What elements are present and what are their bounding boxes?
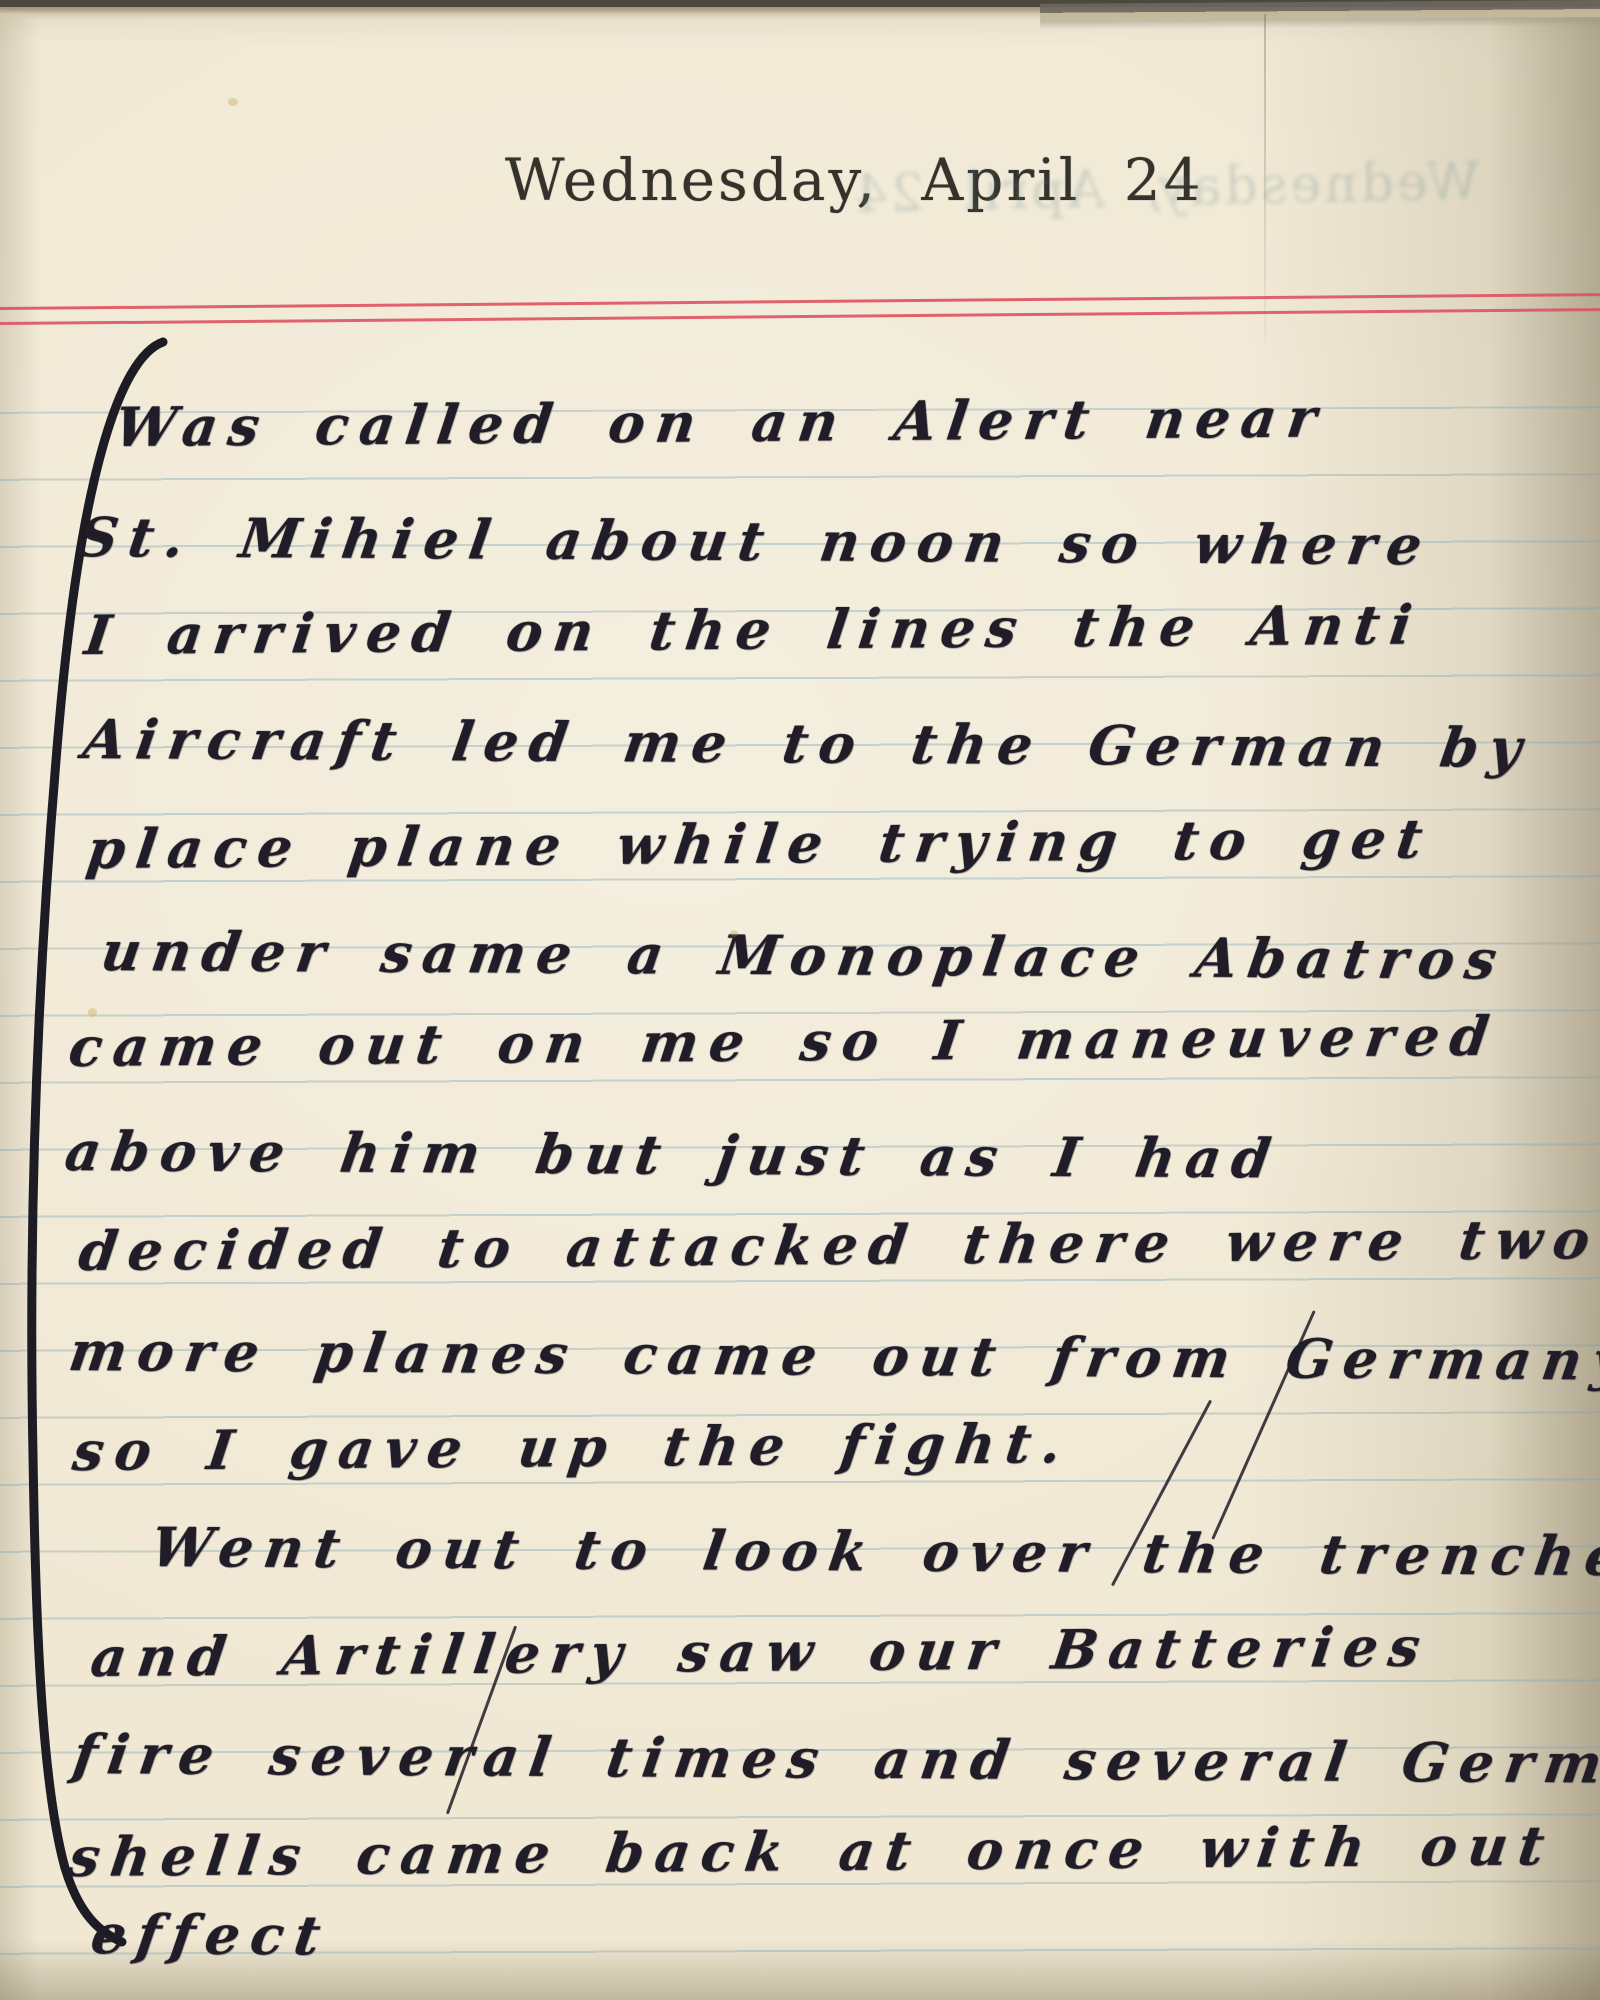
handwritten-line-11: so I gave up the fight.	[70, 1416, 1075, 1478]
paper-stain	[228, 98, 238, 106]
handwritten-line-8: above him but just as I had	[62, 1124, 1285, 1185]
paper-stain	[730, 930, 738, 937]
handwritten-line-15: shells came back at once with out	[66, 1818, 1558, 1884]
handwritten-line-12: Went out to look over the trenches	[148, 1520, 1600, 1583]
handwritten-line-16: effect	[88, 1907, 335, 1962]
handwritten-line-13: and Artillery saw our Batteries	[88, 1619, 1434, 1684]
paper-stain	[88, 1008, 97, 1017]
handwritten-line-6: under same a Monoplace Abatros	[98, 924, 1511, 987]
diary-page: Wednesday, April 24 Wednesday, April 24 …	[0, 0, 1600, 2000]
red-divider-rules	[0, 293, 1600, 325]
handwritten-line-7: came out on me so I maneuvered	[66, 1009, 1503, 1074]
handwritten-line-10: more planes came out from Germany	[66, 1324, 1600, 1388]
handwritten-line-5: place plane while trying to get	[84, 811, 1436, 876]
red-rule-bottom	[0, 308, 1600, 325]
handwritten-line-14: fire several times and several German	[70, 1727, 1600, 1791]
page-stack-edge	[1040, 0, 1600, 34]
handwritten-line-1: Was called on an Alert near	[112, 390, 1331, 454]
handwritten-line-3: I arrived on the lines the Anti	[82, 598, 1426, 662]
handwritten-line-9: decided to attacked there were two	[76, 1212, 1600, 1278]
red-rule-top	[0, 293, 1600, 310]
handwritten-line-2: St. Mihiel about noon so where	[75, 510, 1436, 572]
handwritten-line-4: Aircraft led me to the German by	[80, 712, 1536, 775]
